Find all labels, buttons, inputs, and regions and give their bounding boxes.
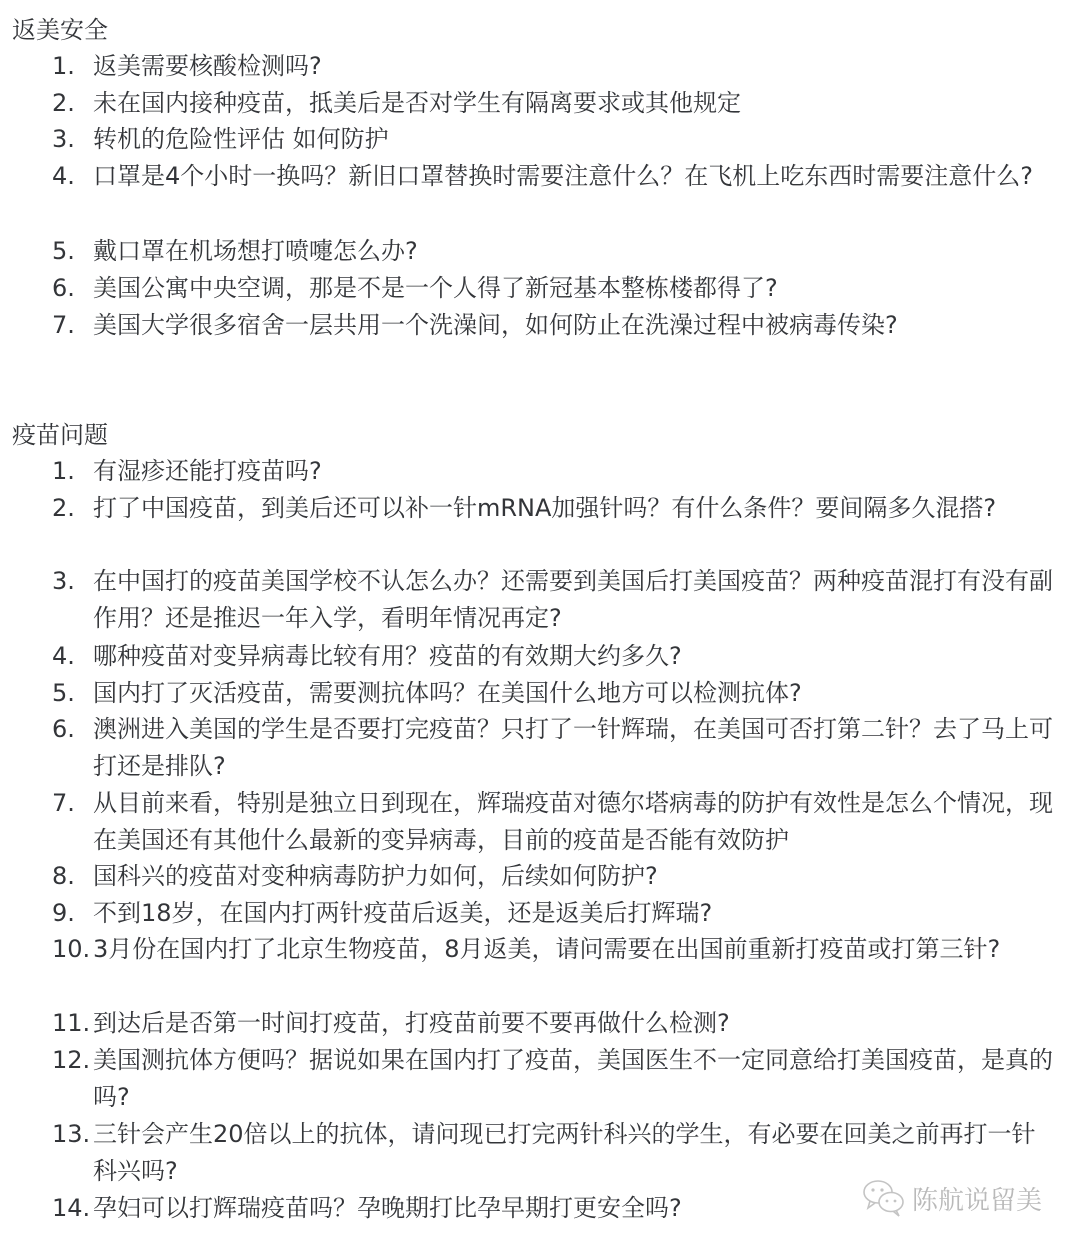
list-item: 6. 澳洲进入美国的学生是否要打完疫苗？只打了一针辉瑞，在美国可否打第二针？去了… [52, 711, 1062, 785]
list-item: 12. 美国测抗体方便吗？据说如果在国内打了疫苗，美国医生不一定同意给打美国疫苗… [52, 1042, 1062, 1116]
item-text: 哪种疫苗对变异病毒比较有用？疫苗的有效期大约多久? [93, 638, 1058, 675]
item-number: 6. [52, 270, 92, 307]
item-number: 1. [52, 48, 92, 85]
item-number: 3. [52, 563, 92, 600]
item-number: 5. [52, 675, 92, 712]
item-text: 转机的危险性评估 如何防护 [93, 121, 1058, 158]
item-text: 美国大学很多宿舍一层共用一个洗澡间，如何防止在洗澡过程中被病毒传染? [93, 307, 1058, 344]
item-text: 不到18岁，在国内打两针疫苗后返美，还是返美后打辉瑞? [93, 895, 1058, 932]
section-title-return-safety: 返美安全 [12, 12, 108, 48]
item-text: 在中国打的疫苗美国学校不认怎么办？还需要到美国后打美国疫苗？两种疫苗混打有没有副… [93, 563, 1058, 637]
item-number: 2. [52, 85, 92, 122]
item-text: 打了中国疫苗，到美后还可以补一针mRNA加强针吗？有什么条件？要间隔多久混搭? [93, 490, 1058, 527]
item-text: 有湿疹还能打疫苗吗? [93, 453, 1058, 490]
item-number: 1. [52, 453, 92, 490]
item-number: 7. [52, 307, 92, 344]
item-number: 10. [52, 931, 92, 968]
list-item: 11. 到达后是否第一时间打疫苗，打疫苗前要不要再做什么检测? [52, 1005, 1062, 1042]
item-number: 2. [52, 490, 92, 527]
list-item: 2. 未在国内接种疫苗，抵美后是否对学生有隔离要求或其他规定 [52, 85, 1062, 122]
item-number: 13. [52, 1116, 92, 1153]
section-title-vaccine-questions: 疫苗问题 [12, 417, 108, 453]
list-item: 6. 美国公寓中央空调，那是不是一个人得了新冠基本整栋楼都得了? [52, 270, 1062, 307]
list-item: 7. 从目前来看，特别是独立日到现在，辉瑞疫苗对德尔塔病毒的防护有效性是怎么个情… [52, 785, 1062, 859]
item-number: 4. [52, 158, 92, 195]
item-number: 4. [52, 638, 92, 675]
item-text: 到达后是否第一时间打疫苗，打疫苗前要不要再做什么检测? [93, 1005, 1058, 1042]
list-item: 5. 国内打了灭活疫苗，需要测抗体吗？在美国什么地方可以检测抗体? [52, 675, 1062, 712]
item-number: 8. [52, 858, 92, 895]
item-text: 从目前来看，特别是独立日到现在，辉瑞疫苗对德尔塔病毒的防护有效性是怎么个情况，现… [93, 785, 1058, 859]
item-text: 美国测抗体方便吗？据说如果在国内打了疫苗，美国医生不一定同意给打美国疫苗，是真的… [93, 1042, 1058, 1116]
item-number: 14. [52, 1190, 92, 1227]
list-item: 9. 不到18岁，在国内打两针疫苗后返美，还是返美后打辉瑞? [52, 895, 1062, 932]
list-item: 10. 3月份在国内打了北京生物疫苗，8月返美，请问需要在出国前重新打疫苗或打第… [52, 931, 1062, 968]
item-number: 11. [52, 1005, 92, 1042]
item-text: 未在国内接种疫苗，抵美后是否对学生有隔离要求或其他规定 [93, 85, 1058, 122]
item-text: 口罩是4个小时一换吗？新旧口罩替换时需要注意什么？在飞机上吃东西时需要注意什么? [93, 158, 1058, 195]
item-text: 戴口罩在机场想打喷嚏怎么办? [93, 233, 1058, 270]
list-item: 1. 返美需要核酸检测吗? [52, 48, 1062, 85]
item-text: 返美需要核酸检测吗? [93, 48, 1058, 85]
item-text: 美国公寓中央空调，那是不是一个人得了新冠基本整栋楼都得了? [93, 270, 1058, 307]
list-item: 3. 在中国打的疫苗美国学校不认怎么办？还需要到美国后打美国疫苗？两种疫苗混打有… [52, 563, 1062, 637]
list-item: 4. 口罩是4个小时一换吗？新旧口罩替换时需要注意什么？在飞机上吃东西时需要注意… [52, 158, 1062, 195]
item-text: 国科兴的疫苗对变种病毒防护力如何，后续如何防护? [93, 858, 1058, 895]
watermark: 陈航说留美 [862, 1178, 1042, 1218]
list-item: 4. 哪种疫苗对变异病毒比较有用？疫苗的有效期大约多久? [52, 638, 1062, 675]
item-number: 12. [52, 1042, 92, 1079]
item-text: 澳洲进入美国的学生是否要打完疫苗？只打了一针辉瑞，在美国可否打第二针？去了马上可… [93, 711, 1058, 785]
item-text: 3月份在国内打了北京生物疫苗，8月返美，请问需要在出国前重新打疫苗或打第三针? [93, 931, 1058, 968]
item-number: 5. [52, 233, 92, 270]
watermark-text: 陈航说留美 [912, 1180, 1042, 1217]
item-text: 国内打了灭活疫苗，需要测抗体吗？在美国什么地方可以检测抗体? [93, 675, 1058, 712]
item-number: 7. [52, 785, 92, 822]
list-item: 7. 美国大学很多宿舍一层共用一个洗澡间，如何防止在洗澡过程中被病毒传染? [52, 307, 1062, 344]
list-item: 5. 戴口罩在机场想打喷嚏怎么办? [52, 233, 1062, 270]
item-number: 6. [52, 711, 92, 748]
wechat-icon [862, 1178, 906, 1218]
list-item: 3. 转机的危险性评估 如何防护 [52, 121, 1062, 158]
list-item: 1. 有湿疹还能打疫苗吗? [52, 453, 1062, 490]
item-number: 9. [52, 895, 92, 932]
item-number: 3. [52, 121, 92, 158]
list-item: 8. 国科兴的疫苗对变种病毒防护力如何，后续如何防护? [52, 858, 1062, 895]
list-item: 2. 打了中国疫苗，到美后还可以补一针mRNA加强针吗？有什么条件？要间隔多久混… [52, 490, 1062, 527]
